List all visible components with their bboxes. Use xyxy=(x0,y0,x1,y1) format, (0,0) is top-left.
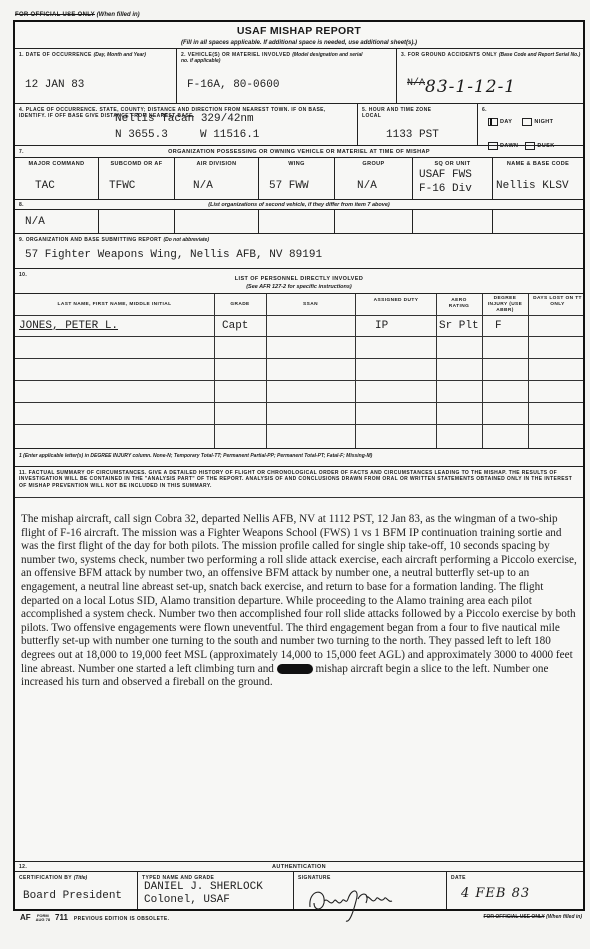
item8-air-division-field[interactable] xyxy=(175,210,259,233)
item12-heading-row: 12. AUTHENTICATION xyxy=(15,862,583,872)
col-header-duty: ASSIGNED DUTY xyxy=(370,298,422,304)
date-field[interactable]: DATE 4 FEB 83 xyxy=(447,872,583,909)
base-code-field[interactable]: NAME & BASE CODE Nellis KLSV xyxy=(493,158,583,199)
top-caption: FOR OFFICIAL USE ONLY (When filled in) xyxy=(15,12,140,18)
wing-value: 57 FWW xyxy=(269,180,309,192)
col-header-injury: DEGREE INJURY (Use Abbr) xyxy=(484,296,526,314)
date-value: 4 FEB 83 xyxy=(461,886,530,901)
squadron-unit-field[interactable]: SQ OR UNIT USAF FWS F-16 Div xyxy=(413,158,493,199)
item7-values-row: MAJOR COMMAND TAC SUBCOMD OR AF TFWC AIR… xyxy=(15,158,583,200)
item8-wing-field[interactable] xyxy=(259,210,335,233)
squadron-value-line1: USAF FWS xyxy=(419,169,472,181)
classification-struck: FOR OFFICIAL USE ONLY xyxy=(15,12,95,18)
authentication-row: CERTIFICATION BY (Title) Board President… xyxy=(15,872,583,909)
item7-heading: ORGANIZATION POSSESSING OR OWNING VEHICL… xyxy=(15,149,583,155)
signature-field[interactable]: SIGNATURE xyxy=(294,872,447,909)
item4-place-field[interactable]: 4. PLACE OF OCCURRENCE. STATE, COUNTY; D… xyxy=(15,104,358,145)
item3-struck-value: N/A xyxy=(407,78,425,89)
person-rating: Sr Plt xyxy=(439,320,479,332)
night-checkbox[interactable]: NIGHT xyxy=(522,113,553,131)
person-duty: IP xyxy=(375,320,388,332)
form-subtitle: (Fill in all spaces applicable. If addit… xyxy=(15,40,583,46)
group-field[interactable]: GROUP N/A xyxy=(335,158,413,199)
item6-label: 6. xyxy=(482,107,487,113)
item8-value: N/A xyxy=(25,216,45,228)
form-number: 711 xyxy=(55,913,68,922)
person-grade: Capt xyxy=(222,320,248,332)
mishap-report-form: USAF MISHAP REPORT (Fill in all spaces a… xyxy=(13,20,585,911)
typed-name-line2: Colonel, USAF xyxy=(144,894,230,906)
when-filled-note: (When filled in) xyxy=(97,12,140,18)
col-header-ssan: SSAN xyxy=(266,302,355,308)
item8-subcommand-field[interactable] xyxy=(99,210,175,233)
item8-values-row: N/A xyxy=(15,210,583,234)
typed-name-line1: DANIEL J. SHERLOCK xyxy=(144,881,263,893)
squadron-value-line2: F-16 Div xyxy=(419,183,472,195)
item6-light-condition-field: 6. DAY NIGHT DAWN DUSK xyxy=(478,104,583,145)
item7-heading-row: 7. ORGANIZATION POSSESSING OR OWNING VEH… xyxy=(15,146,583,158)
major-command-value: TAC xyxy=(35,180,55,192)
certification-value: Board President xyxy=(23,890,122,902)
col-header-name: LAST NAME, FIRST NAME, MIDDLE INITIAL xyxy=(15,302,214,308)
group-value: N/A xyxy=(357,180,377,192)
person-injury: F xyxy=(495,320,502,332)
item9-label: 9. ORGANIZATION AND BASE SUBMITTING REPO… xyxy=(19,237,162,243)
item3-ground-accident-field[interactable]: 3. FOR GROUND ACCIDENTS ONLY (Base Code … xyxy=(397,49,583,103)
item5-hour-field[interactable]: 5. HOUR AND TIME ZONE LOCAL 1133 PST xyxy=(358,104,478,145)
item10-heading-row: 10. LIST OF PERSONNEL DIRECTLY INVOLVED … xyxy=(15,269,583,294)
item11-instructions: 11. FACTUAL SUMMARY OF CIRCUMSTANCES. GI… xyxy=(19,470,575,489)
item11-summary-section: 11. FACTUAL SUMMARY OF CIRCUMSTANCES. GI… xyxy=(15,467,583,862)
item2-value: F-16A, 80-0600 xyxy=(187,79,279,91)
item8-squadron-field[interactable] xyxy=(413,210,493,233)
item5-label: 5. HOUR AND TIME ZONE LOCAL xyxy=(362,107,442,119)
item4-location-value: Nellis Tacan 329/42nm xyxy=(115,113,254,125)
major-command-field[interactable]: MAJOR COMMAND TAC xyxy=(15,158,99,199)
item8-group-field[interactable] xyxy=(335,210,413,233)
day-checkbox[interactable]: DAY xyxy=(488,113,512,131)
item1-date-field[interactable]: 1. DATE OF OCCURRENCE (Day, Month and Ye… xyxy=(15,49,177,103)
factual-summary-text[interactable]: The mishap aircraft, call sign Cobra 32,… xyxy=(21,513,577,690)
narrative-part1: The mishap aircraft, call sign Cobra 32,… xyxy=(21,513,577,675)
item12-heading: AUTHENTICATION xyxy=(15,864,583,870)
item3-label: 3. FOR GROUND ACCIDENTS ONLY xyxy=(401,52,497,58)
item8-heading-row: 8. (List organizations of second vehicle… xyxy=(15,200,583,210)
air-division-value: N/A xyxy=(193,180,213,192)
form-title: USAF MISHAP REPORT xyxy=(15,25,583,37)
checkbox-empty-icon xyxy=(522,118,532,126)
item8-heading: (List organizations of second vehicle, i… xyxy=(15,202,583,208)
col-header-days-lost: DAYS LOST ON TT ONLY xyxy=(530,296,585,308)
col-header-grade: GRADE xyxy=(214,302,266,308)
previous-edition-note: PREVIOUS EDITION IS OBSOLETE. xyxy=(74,916,170,922)
injury-footnote: 1 (Enter applicable letter(s) in DEGREE … xyxy=(19,453,372,460)
redaction-mark xyxy=(277,664,313,674)
item9-value[interactable]: 57 Fighter Weapons Wing, Nellis AFB, NV … xyxy=(25,249,322,261)
item9-row: 9. ORGANIZATION AND BASE SUBMITTING REPO… xyxy=(15,234,583,269)
item5-value: 1133 PST xyxy=(386,129,439,141)
form-title-row: USAF MISHAP REPORT (Fill in all spaces a… xyxy=(15,22,583,49)
item8-base-code-field[interactable] xyxy=(493,210,583,233)
row-items-1-3: 1. DATE OF OCCURRENCE (Day, Month and Ye… xyxy=(15,49,583,104)
personnel-table: LAST NAME, FIRST NAME, MIDDLE INITIAL GR… xyxy=(15,294,583,449)
item4-longitude-value: W 11516.1 xyxy=(200,129,259,141)
certification-field[interactable]: CERTIFICATION BY (Title) Board President xyxy=(15,872,138,909)
item1-label: 1. DATE OF OCCURRENCE xyxy=(19,52,92,58)
row-items-4-6: 4. PLACE OF OCCURRENCE. STATE, COUNTY; D… xyxy=(15,104,583,146)
col-header-rating: AERO RATING xyxy=(443,298,475,310)
item8-major-command-field[interactable]: N/A xyxy=(15,210,99,233)
wing-field[interactable]: WING 57 FWW xyxy=(259,158,335,199)
form-number-footer: AF FORMAUG 78 711 PREVIOUS EDITION IS OB… xyxy=(20,913,169,922)
base-code-value: Nellis KLSV xyxy=(496,180,569,192)
item10-heading: LIST OF PERSONNEL DIRECTLY INVOLVED xyxy=(15,276,583,282)
person-name: JONES, PETER L. xyxy=(19,320,118,332)
item10-subheading: (See AFR 127-2 for specific instructions… xyxy=(15,284,583,290)
item3-handwritten-value: 83-1-12-1 xyxy=(425,77,516,97)
injury-footnote-row: 1 (Enter applicable letter(s) in DEGREE … xyxy=(15,449,583,467)
subcommand-field[interactable]: SUBCOMD OR AF TFWC xyxy=(99,158,175,199)
subcommand-value: TFWC xyxy=(109,180,135,192)
typed-name-field[interactable]: TYPED NAME AND GRADE DANIEL J. SHERLOCK … xyxy=(138,872,294,909)
signature-icon xyxy=(300,877,400,925)
item2-vehicle-field[interactable]: 2. VEHICLE(s) OR MATERIEL INVOLVED (Mode… xyxy=(177,49,397,103)
item1-value: 12 JAN 83 xyxy=(25,79,84,91)
item4-latitude-value: N 3655.3 xyxy=(115,129,168,141)
checkbox-checked-icon xyxy=(488,118,498,126)
air-division-field[interactable]: AIR DIVISION N/A xyxy=(175,158,259,199)
footer-classification: FOR OFFICIAL USE ONLY (When filled in) xyxy=(483,914,582,920)
